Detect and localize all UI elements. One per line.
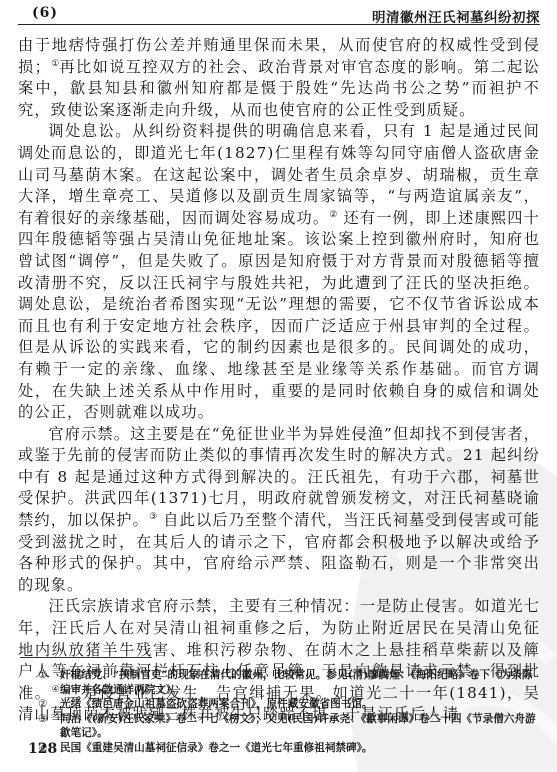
footnote: ④ 民国《重建吴清山墓祠征信录》卷之一《道光七年重修祖祠禁碑》。 [38,741,538,756]
running-header: (6) 明清徽州汪氏祠墓纠纷初探 [18,4,540,25]
footnote-text: 民国《重建吴清山墓祠征信录》卷之一《道光七年重修祖祠禁碑》。 [60,742,373,754]
footnote: ① 奸棍结党、“挟制官吏”的现象在清代的徽州，比较常见。参见(清)廖腾煃：《海阳… [38,668,538,697]
footnote-reference: ③ [149,512,157,522]
footnote-text: 同治《(新安)汪氏家乘》卷二十七《榜文》；又见(民国)许承尧：《歙事闲谭》卷二十… [60,713,536,740]
running-title: 明清徽州汪氏祠墓纠纷初探 [372,6,540,26]
footnote: ② 光绪《绩邑唐金山祖墓盗砍盗葬两案合刊》，原件藏安徽省图书馆。 [38,697,538,712]
body-text: 由于地痞恃强打伤公差并贿通里保而未果，从而使官府的权威性受到侵损；①再比如说互控… [18,35,540,726]
footnote-reference: ② [329,210,337,220]
paragraph: 由于地痞恃强打伤公差并贿通里保而未果，从而使官府的权威性受到侵损；①再比如说互控… [18,35,540,121]
footnote-marker: ② [38,697,48,712]
paragraph: 调处息讼。从纠纷资料提供的明确信息来看，只有 1 起是通过民间调处而息讼的，即道… [18,121,540,423]
footnotes: ① 奸棍结党、“挟制官吏”的现象在清代的徽州，比较常见。参见(清)廖腾煃：《海阳… [38,668,538,756]
paragraph: 官府示禁。这主要是在“免征世业半为异姓侵渔”但却找不到侵害者，或鉴于先前的侵害而… [18,424,540,597]
page-number: 128 [28,741,57,757]
footnote-marker: ① [38,668,48,683]
section-number: (6) [32,5,58,21]
footnote-marker: ③ [38,712,48,727]
footnote-text: 光绪《绩邑唐金山祖墓盗砍盗葬两案合刊》，原件藏安徽省图书馆。 [60,698,373,710]
footnote-divider [20,657,152,658]
footnote-text: 奸棍结党、“挟制官吏”的现象在清代的徽州，比较常见。参见(清)廖腾煃：《海阳纪略… [60,669,532,696]
footnote-reference: ① [51,59,60,69]
footnote: ③ 同治《(新安)汪氏家乘》卷二十七《榜文》；又见(民国)许承尧：《歙事闲谭》卷… [38,712,538,741]
